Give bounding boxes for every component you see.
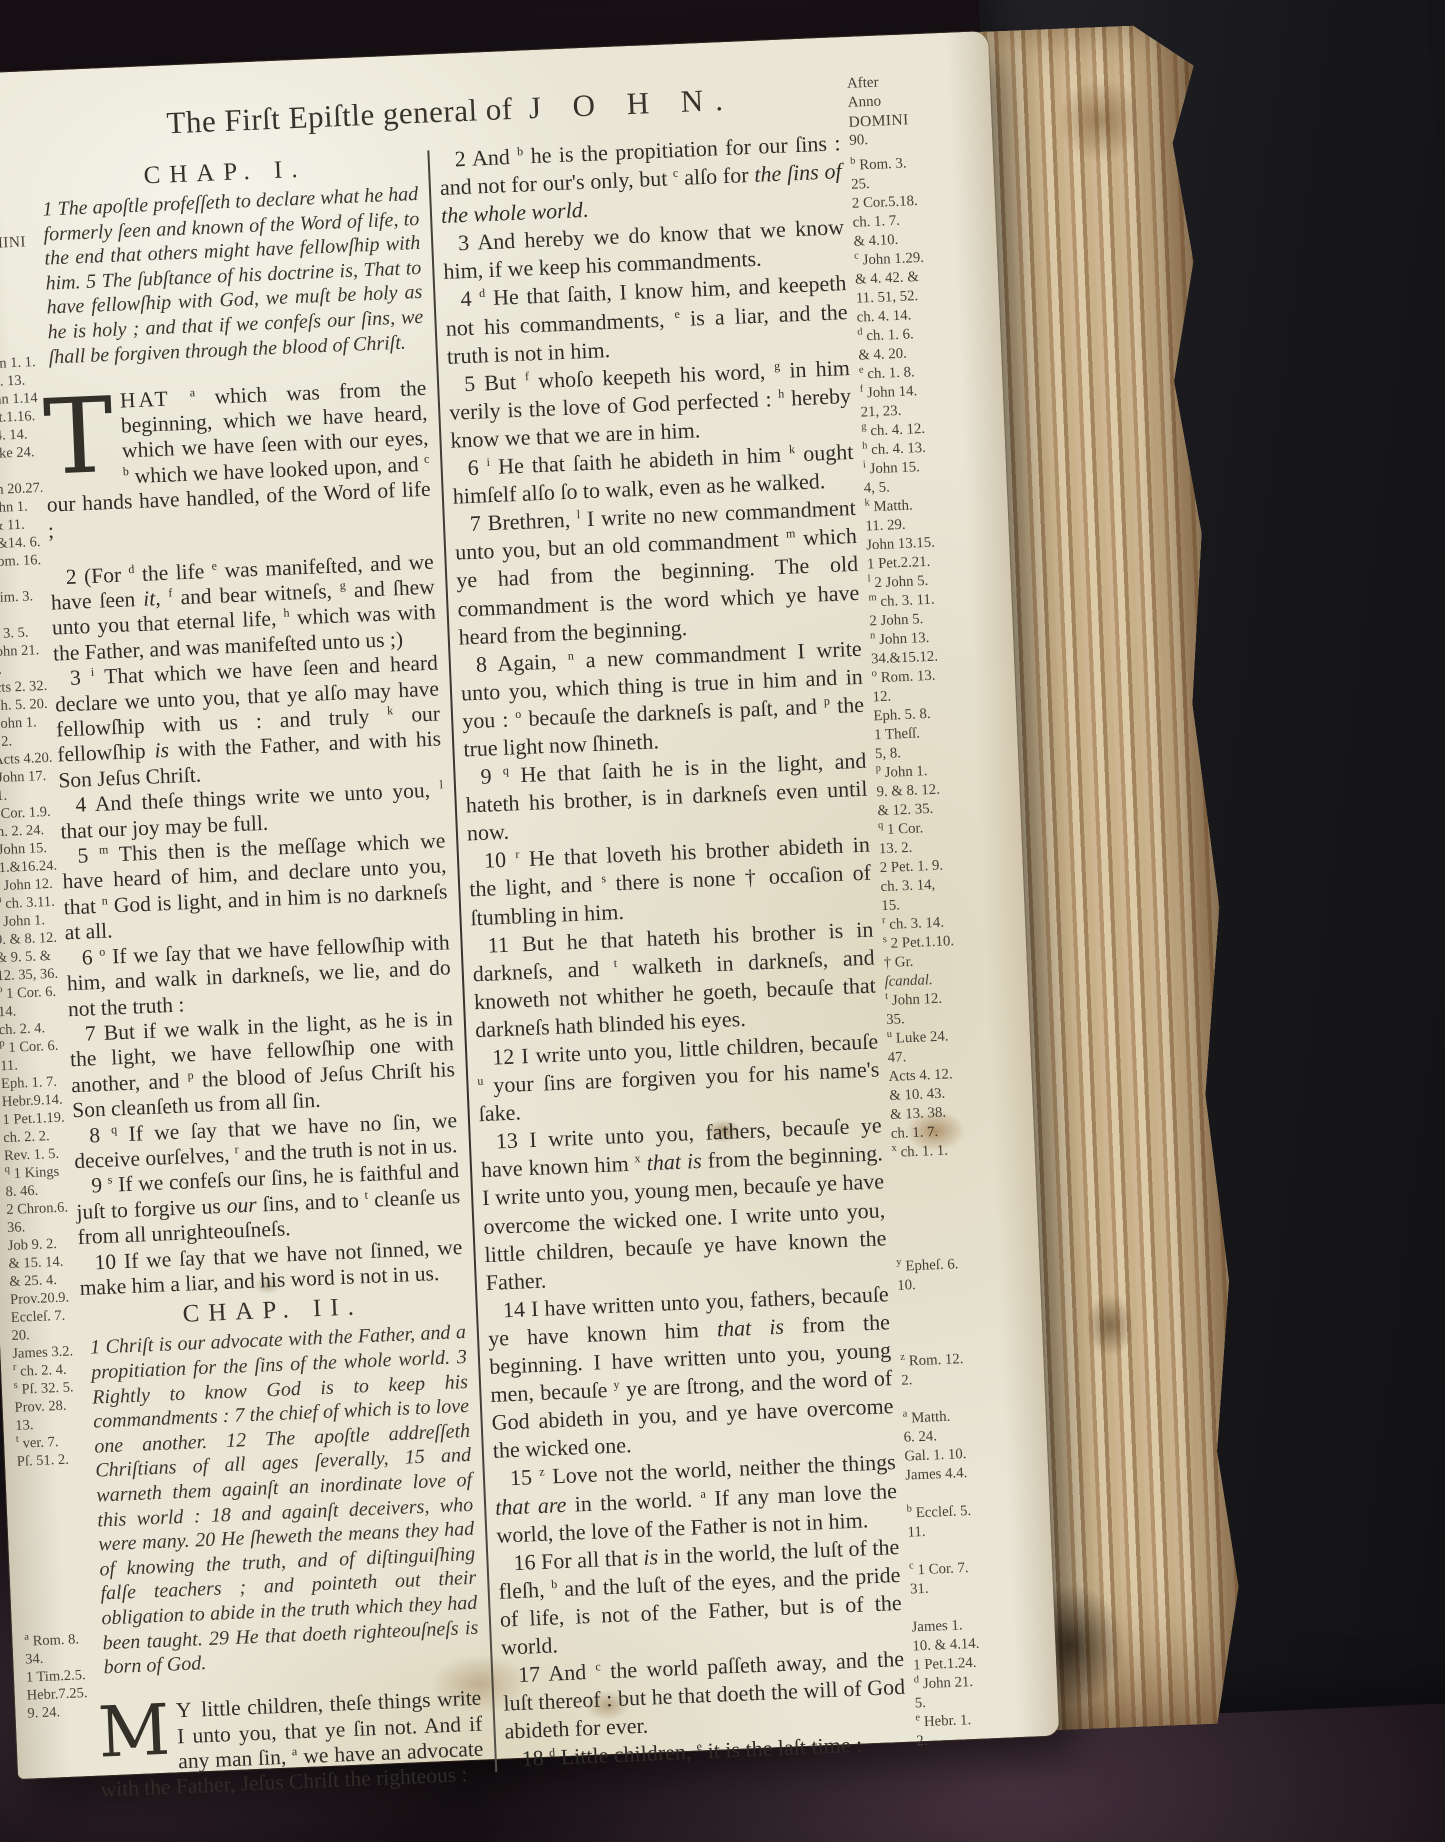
margin-ref: John 20.27. [0,479,43,500]
verse: 13 I write unto you, fathers, becauſe ye… [479,1112,888,1297]
dropcap-M: M [97,1699,178,1760]
margin-ref: a John 1. 1. [0,353,37,374]
margin-ref: e Rom. 16. [0,551,46,572]
margin-ref: 1 Pet.1.19. [2,1108,69,1129]
chapter-2-verses: 2 And b he is the propitiation for our ſ… [438,129,908,1774]
stain-blotch [1075,1280,1145,1370]
stain-blotch [1040,60,1160,180]
dropcap-T: T [42,388,123,479]
margin-ref: Hebr.7.25. [26,1684,93,1705]
verse: 5 m This then is the meſſage which we ha… [61,828,449,946]
verse: 15 z Love not the world, neither the thi… [493,1448,898,1549]
margin-ref: 1 Cor. 1.9. [0,803,56,824]
margin-ref: Prov.20.9. [10,1288,77,1309]
verse: 7 But if we walk in the light, as he is … [69,1006,457,1124]
margin-ref: 2 Chron.6. [6,1198,73,1219]
margin-ref: s Pſ. 32. 5. [13,1378,80,1399]
page-content: The Firſt Epiſtle general of J O H N. Af… [0,31,1059,1779]
chapter-1-verses: 2 (For d the life e was manifeſted, and … [49,549,464,1301]
margin-ref: James 3.2. [12,1342,79,1363]
bible-page: The Firſt Epiſtle general of J O H N. Af… [0,31,1059,1779]
left-dateline: AfterAnnoDOMINI90. [0,197,33,272]
margin-ref: k John 17. [0,767,55,788]
verse: 2 (For d the life e was manifeſted, and … [49,549,437,667]
margin-ref: c Luke 24. [0,443,41,464]
verse: 3 i That which we have ſeen and heard de… [54,651,443,794]
title-prefix: The Firſt Epiſtle general of [166,91,513,140]
photo-of-open-bible: The Firſt Epiſtle general of J O H N. Af… [0,0,1445,1842]
margin-ref: 2 Pet.1.16. [0,407,39,428]
margin-ref: p 1 Cor. 6. [0,1036,66,1057]
verse-1john-2-1: MY little children, theſe things write I… [97,1686,485,1804]
verse-lead-caps: Y [176,1698,196,1723]
margin-ref: 9. 24. [27,1702,94,1723]
text-column-2: 2 And b he is the propitiation for our ſ… [438,129,909,1808]
verse: 11 But he that hateth his brother is in … [471,915,877,1044]
columns-row: AfterAnnoDOMINI90. a John 1. 1.ch. 2. 13… [0,123,1061,1828]
margin-ref: o 1 Cor. 6. [0,982,64,1003]
margin-ref: g ch. 5. 20. [0,695,52,716]
verse: 8 Again, n a new commandment I write unt… [459,634,865,763]
dateline-line: 90. [0,251,33,272]
chapter-2-summary: 1 Chriſt is our advocate with the Father… [90,1320,480,1680]
verse: 7 Brethren, l I write no new commandment… [453,494,861,651]
verse-1john-1-1: THAT a which was from the beginning, whi… [42,375,432,543]
title-book-name: J O H N. [528,82,736,126]
chapter-1-summary: 1 The apoſtle profeſſeth to declare what… [42,182,425,370]
margin-ref: m ch. 3.11. [0,893,60,914]
margin-ref: 9. & 8. 12. [0,929,61,950]
text-column-1: CHAP. I. 1 The apoſtle profeſſeth to dec… [29,147,486,1825]
verse: 16 For all that is in the world, the luſ… [497,1533,903,1662]
dateline-line: 90. [849,128,953,151]
verse-lead-caps: HAT [119,386,171,412]
right-dateline: AfterAnnoDOMINI90. [847,71,953,151]
verse: 14 I have written unto you, fathers, bec… [486,1280,895,1465]
